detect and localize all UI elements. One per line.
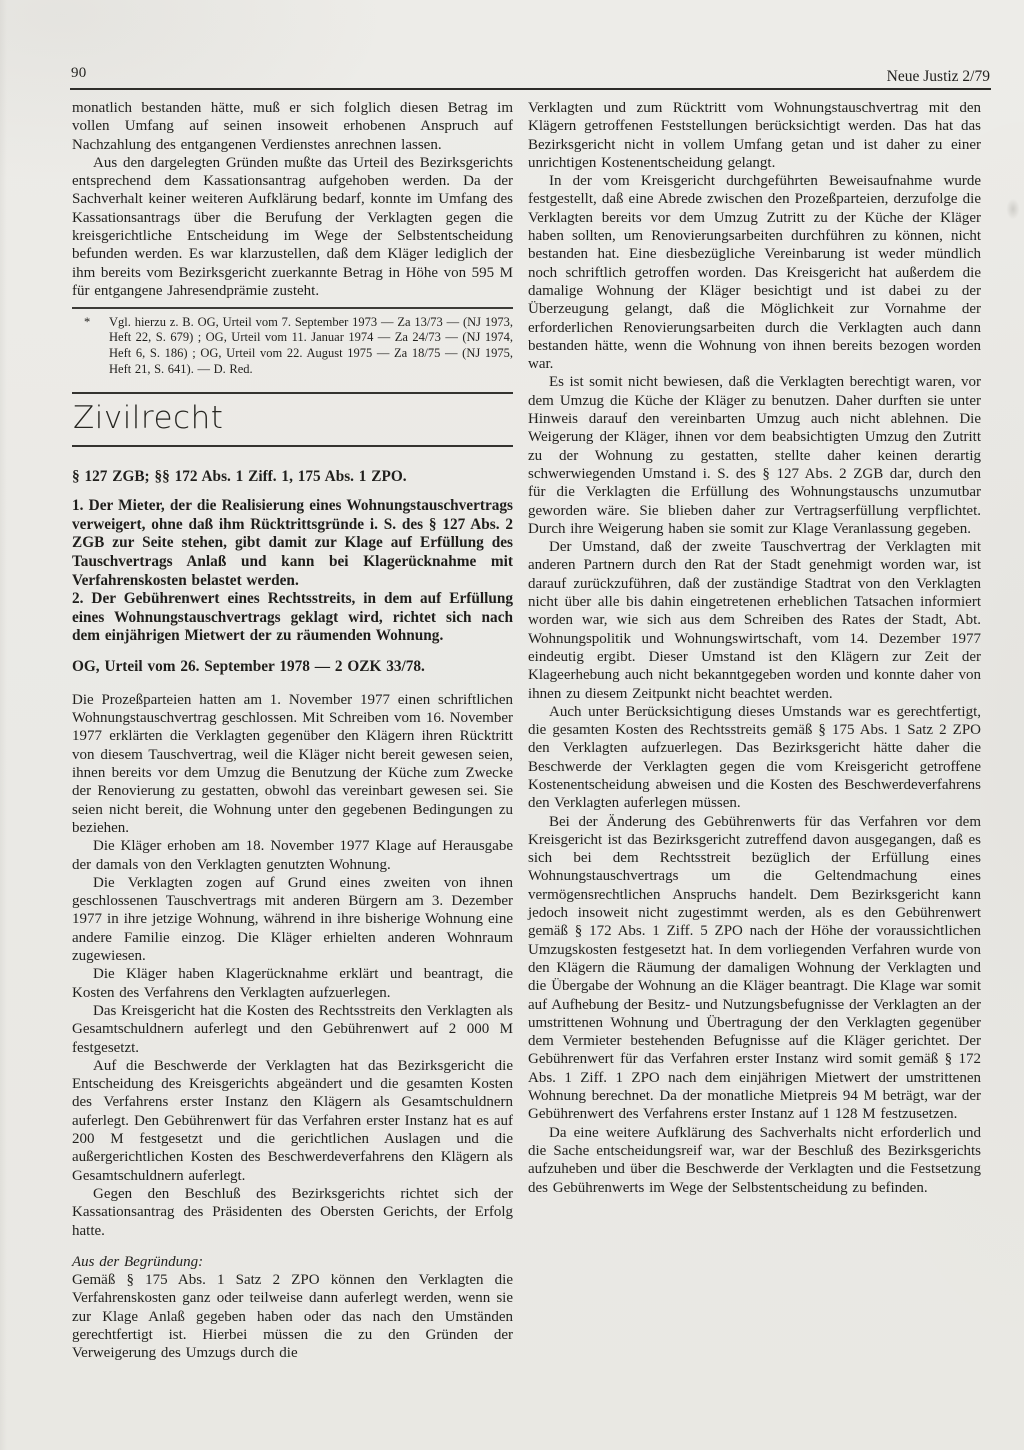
- footnote-marker: *: [84, 315, 97, 331]
- paragraph: monatlich bestanden hätte, muß er sich f…: [72, 99, 513, 154]
- facts-paragraph: Die Kläger erhoben am 18. November 1977 …: [72, 837, 513, 874]
- paragraph: Da eine weitere Aufklärung des Sachverha…: [528, 1124, 981, 1197]
- journal-title: Neue Justiz 2/79: [887, 68, 990, 86]
- case-citation: OG, Urteil vom 26. September 1978 — 2 OZ…: [72, 657, 513, 676]
- statute-reference: § 127 ZGB; §§ 172 Abs. 1 Ziff. 1, 175 Ab…: [72, 467, 513, 486]
- divider-rule-bottom: [72, 445, 513, 447]
- paragraph: Der Umstand, daß der zweite Tauschvertra…: [528, 538, 981, 703]
- paragraph: Bei der Änderung des Gebührenwerts für d…: [528, 813, 981, 1124]
- paragraph: Verklagten und zum Rücktritt vom Wohnung…: [528, 99, 981, 172]
- scanned-journal-page: { "header": { "page_number": "90", "jour…: [0, 0, 1024, 1450]
- paragraph: Auch unter Berücksichtigung dieses Umsta…: [528, 703, 981, 813]
- facts-paragraph: Die Kläger haben Klagerücknahme erklärt …: [72, 965, 513, 1002]
- reasoning-heading: Aus der Begründung:: [72, 1253, 513, 1271]
- paragraph: Aus den dargelegten Gründen mußte das Ur…: [72, 154, 513, 300]
- footnote-rule: [72, 307, 513, 309]
- section-heading-zivilrecht: Zivilrecht: [72, 394, 513, 445]
- section-divider: Zivilrecht: [72, 392, 513, 447]
- facts-paragraph: Gegen den Beschluß des Bezirksgerichts r…: [72, 1185, 513, 1240]
- footnote: * Vgl. hierzu z. B. OG, Urteil vom 7. Se…: [72, 315, 513, 377]
- headnote-1: 1. Der Mieter, der die Realisierung eine…: [72, 497, 513, 590]
- reasoning-paragraph: Gemäß § 175 Abs. 1 Satz 2 ZPO können den…: [72, 1271, 513, 1362]
- right-column: Verklagten und zum Rücktritt vom Wohnung…: [528, 99, 981, 1197]
- page-number: 90: [71, 65, 87, 82]
- paragraph: Es ist somit nicht bewiesen, daß die Ver…: [528, 373, 981, 538]
- paragraph: In der vom Kreisgericht durchgeführten B…: [528, 172, 981, 373]
- facts-paragraph: Das Kreisgericht hat die Kosten des Rech…: [72, 1002, 513, 1057]
- header-rule: [70, 88, 991, 90]
- footnote-text: Vgl. hierzu z. B. OG, Urteil vom 7. Sept…: [97, 315, 513, 377]
- facts-paragraph: Die Verklagten zogen auf Grund eines zwe…: [72, 874, 513, 965]
- left-column: monatlich bestanden hätte, muß er sich f…: [72, 99, 513, 1363]
- facts-paragraph: Die Prozeßparteien hatten am 1. November…: [72, 691, 513, 837]
- facts-paragraph: Auf die Beschwerde der Verklagten hat da…: [72, 1057, 513, 1185]
- headnote-2: 2. Der Gebührenwert eines Rechtsstreits,…: [72, 590, 513, 646]
